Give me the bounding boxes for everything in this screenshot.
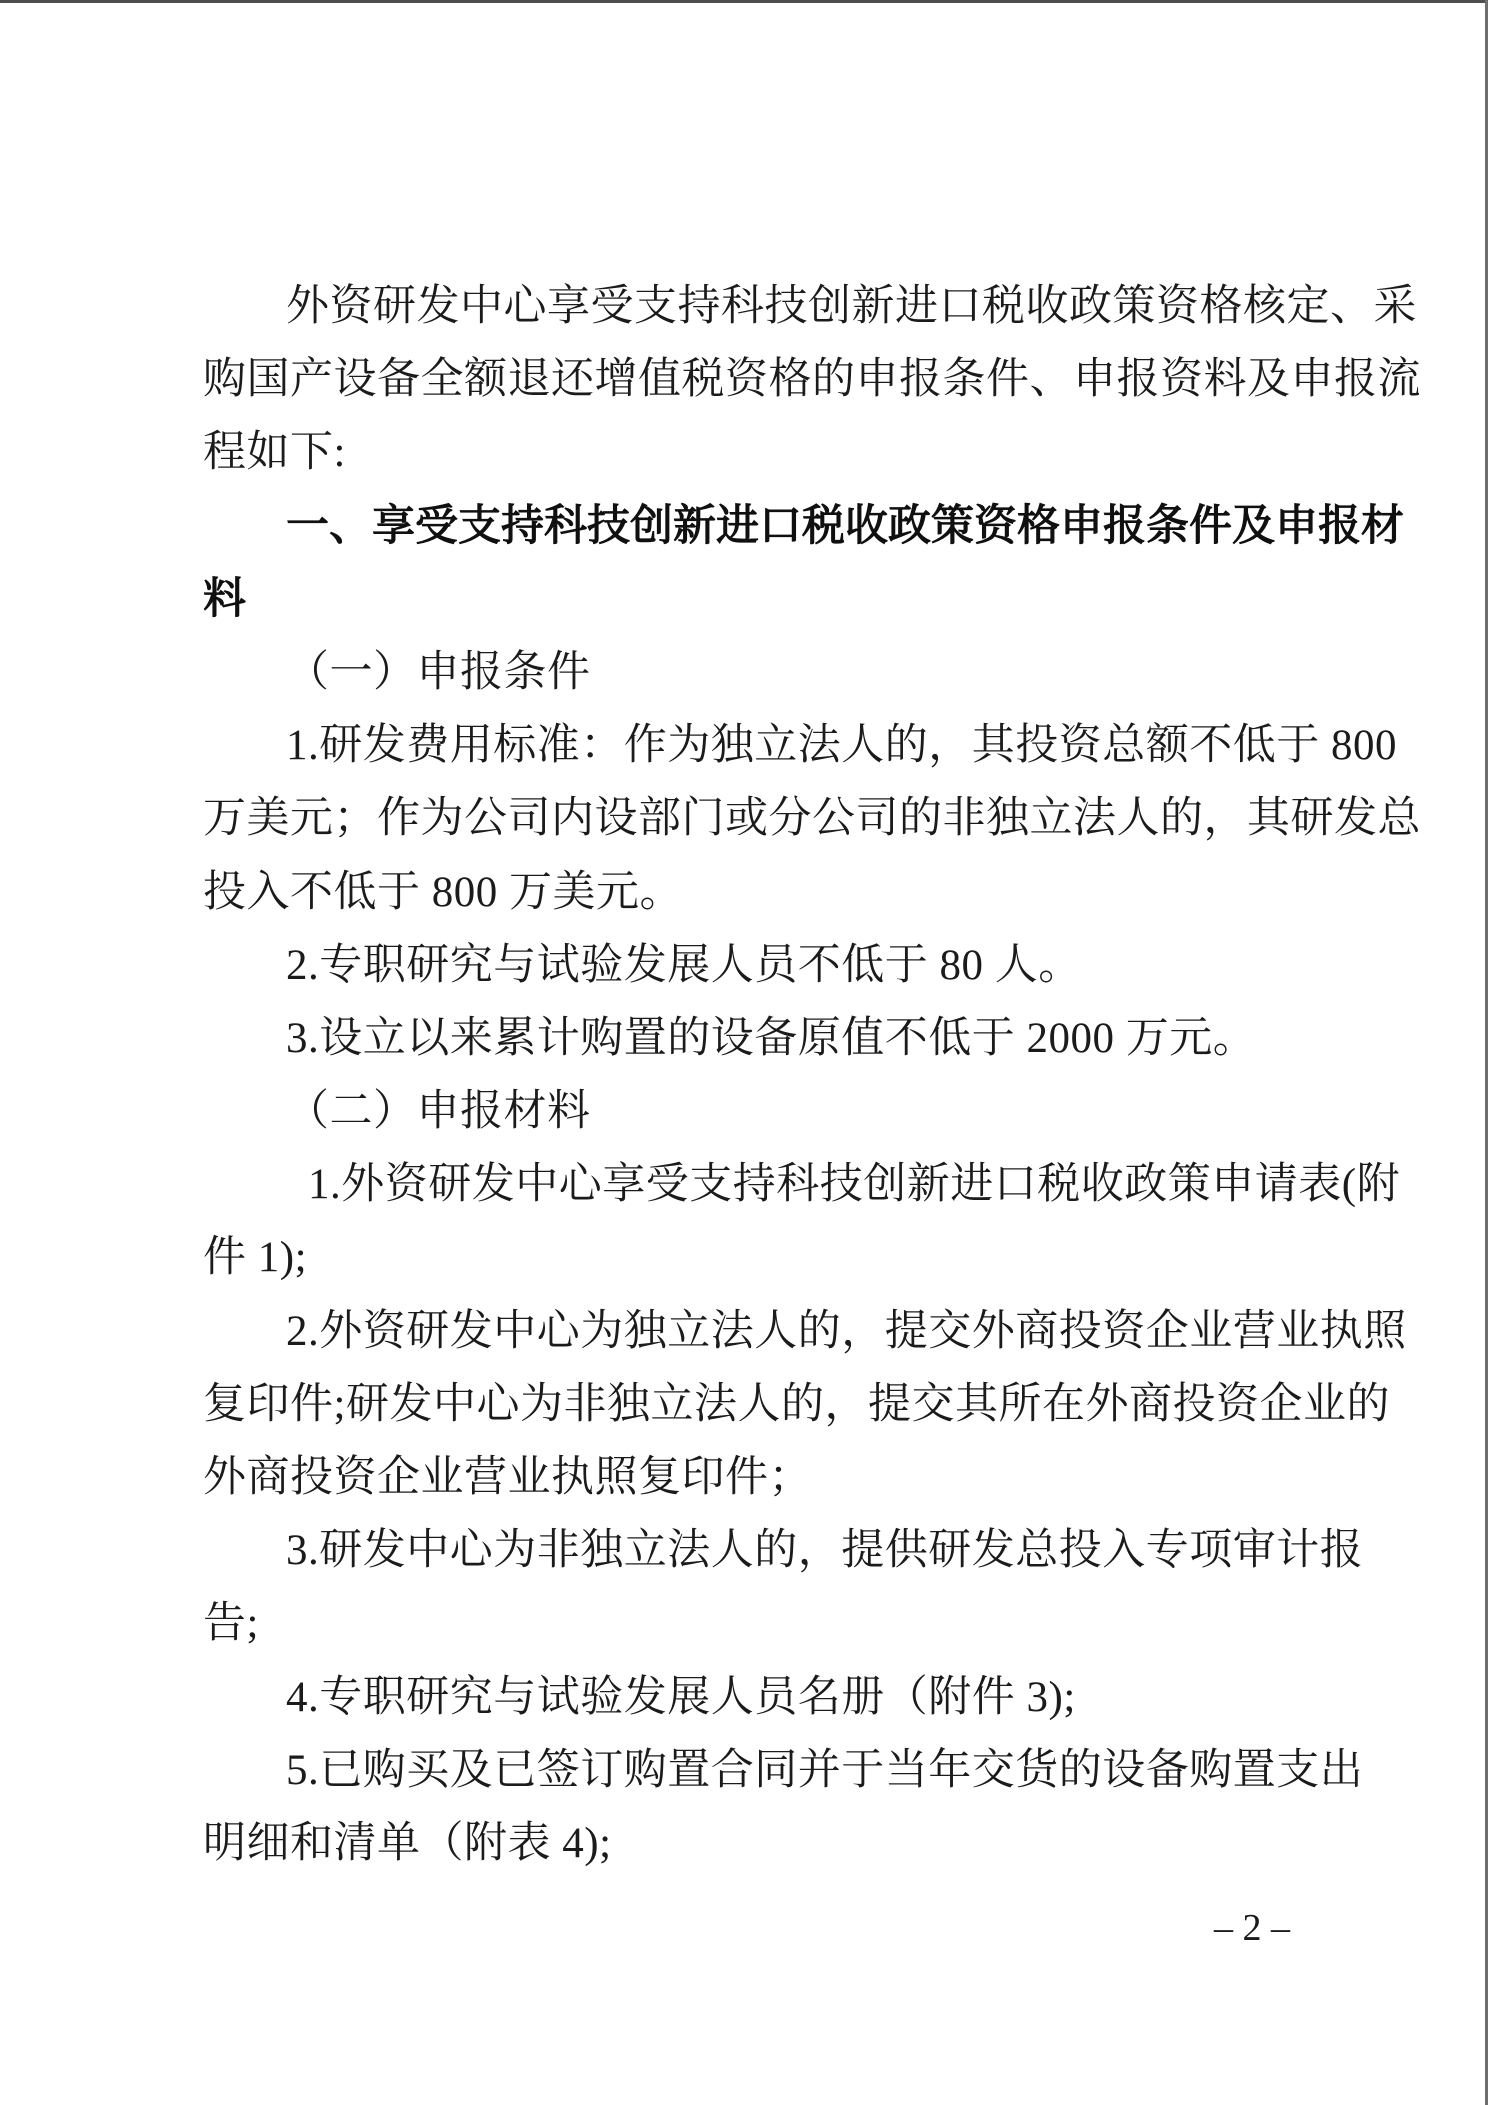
body-line: 1.外资研发中心享受支持科技创新进口税收政策申请表(附 (203, 1148, 1388, 1221)
subsection-label: （二）申报材料 (203, 1075, 1388, 1148)
body-line: 1.研发费用标准：作为独立法人的，其投资总额不低于 800 (203, 709, 1388, 782)
body-line: 2.专职研究与试验发展人员不低于 80 人。 (203, 929, 1388, 1002)
body-line: 外商投资企业营业执照复印件； (203, 1441, 1388, 1514)
document-body: 外资研发中心享受支持科技创新进口税收政策资格核定、采 购国产设备全额退还增值税资… (203, 270, 1388, 1880)
body-line: 程如下: (203, 416, 1388, 489)
body-line: 明细和清单（附表 4); (203, 1807, 1388, 1880)
body-line: 3.设立以来累计购置的设备原值不低于 2000 万元。 (203, 1002, 1388, 1075)
page-number: – 2 – (1214, 1908, 1290, 1948)
body-line: 5.已购买及已签订购置合同并于当年交货的设备购置支出 (203, 1734, 1388, 1807)
subsection-label: （一）申报条件 (203, 636, 1388, 709)
body-line: 复印件;研发中心为非独立法人的，提交其所在外商投资企业的 (203, 1368, 1388, 1441)
body-line: 3.研发中心为非独立法人的，提供研发总投入专项审计报 (203, 1514, 1388, 1587)
body-line: 件 1); (203, 1221, 1388, 1294)
body-line: 外资研发中心享受支持科技创新进口税收政策资格核定、采 (203, 270, 1388, 343)
body-line: 告; (203, 1587, 1388, 1660)
body-line: 购国产设备全额退还增值税资格的申报条件、申报资料及申报流 (203, 343, 1388, 416)
body-line: 投入不低于 800 万美元。 (203, 856, 1388, 929)
body-line: 4.专职研究与试验发展人员名册（附件 3); (203, 1661, 1388, 1734)
section-heading-line: 一、享受支持科技创新进口税收政策资格申报条件及申报材 (203, 490, 1388, 563)
body-line: 万美元；作为公司内设部门或分公司的非独立法人的，其研发总 (203, 782, 1388, 855)
section-heading-line: 料 (203, 563, 1388, 636)
document-page: 外资研发中心享受支持科技创新进口税收政策资格核定、采 购国产设备全额退还增值税资… (0, 0, 1488, 2105)
body-line: 2.外资研发中心为独立法人的，提交外商投资企业营业执照 (203, 1295, 1388, 1368)
scan-edge-top (0, 0, 1488, 3)
